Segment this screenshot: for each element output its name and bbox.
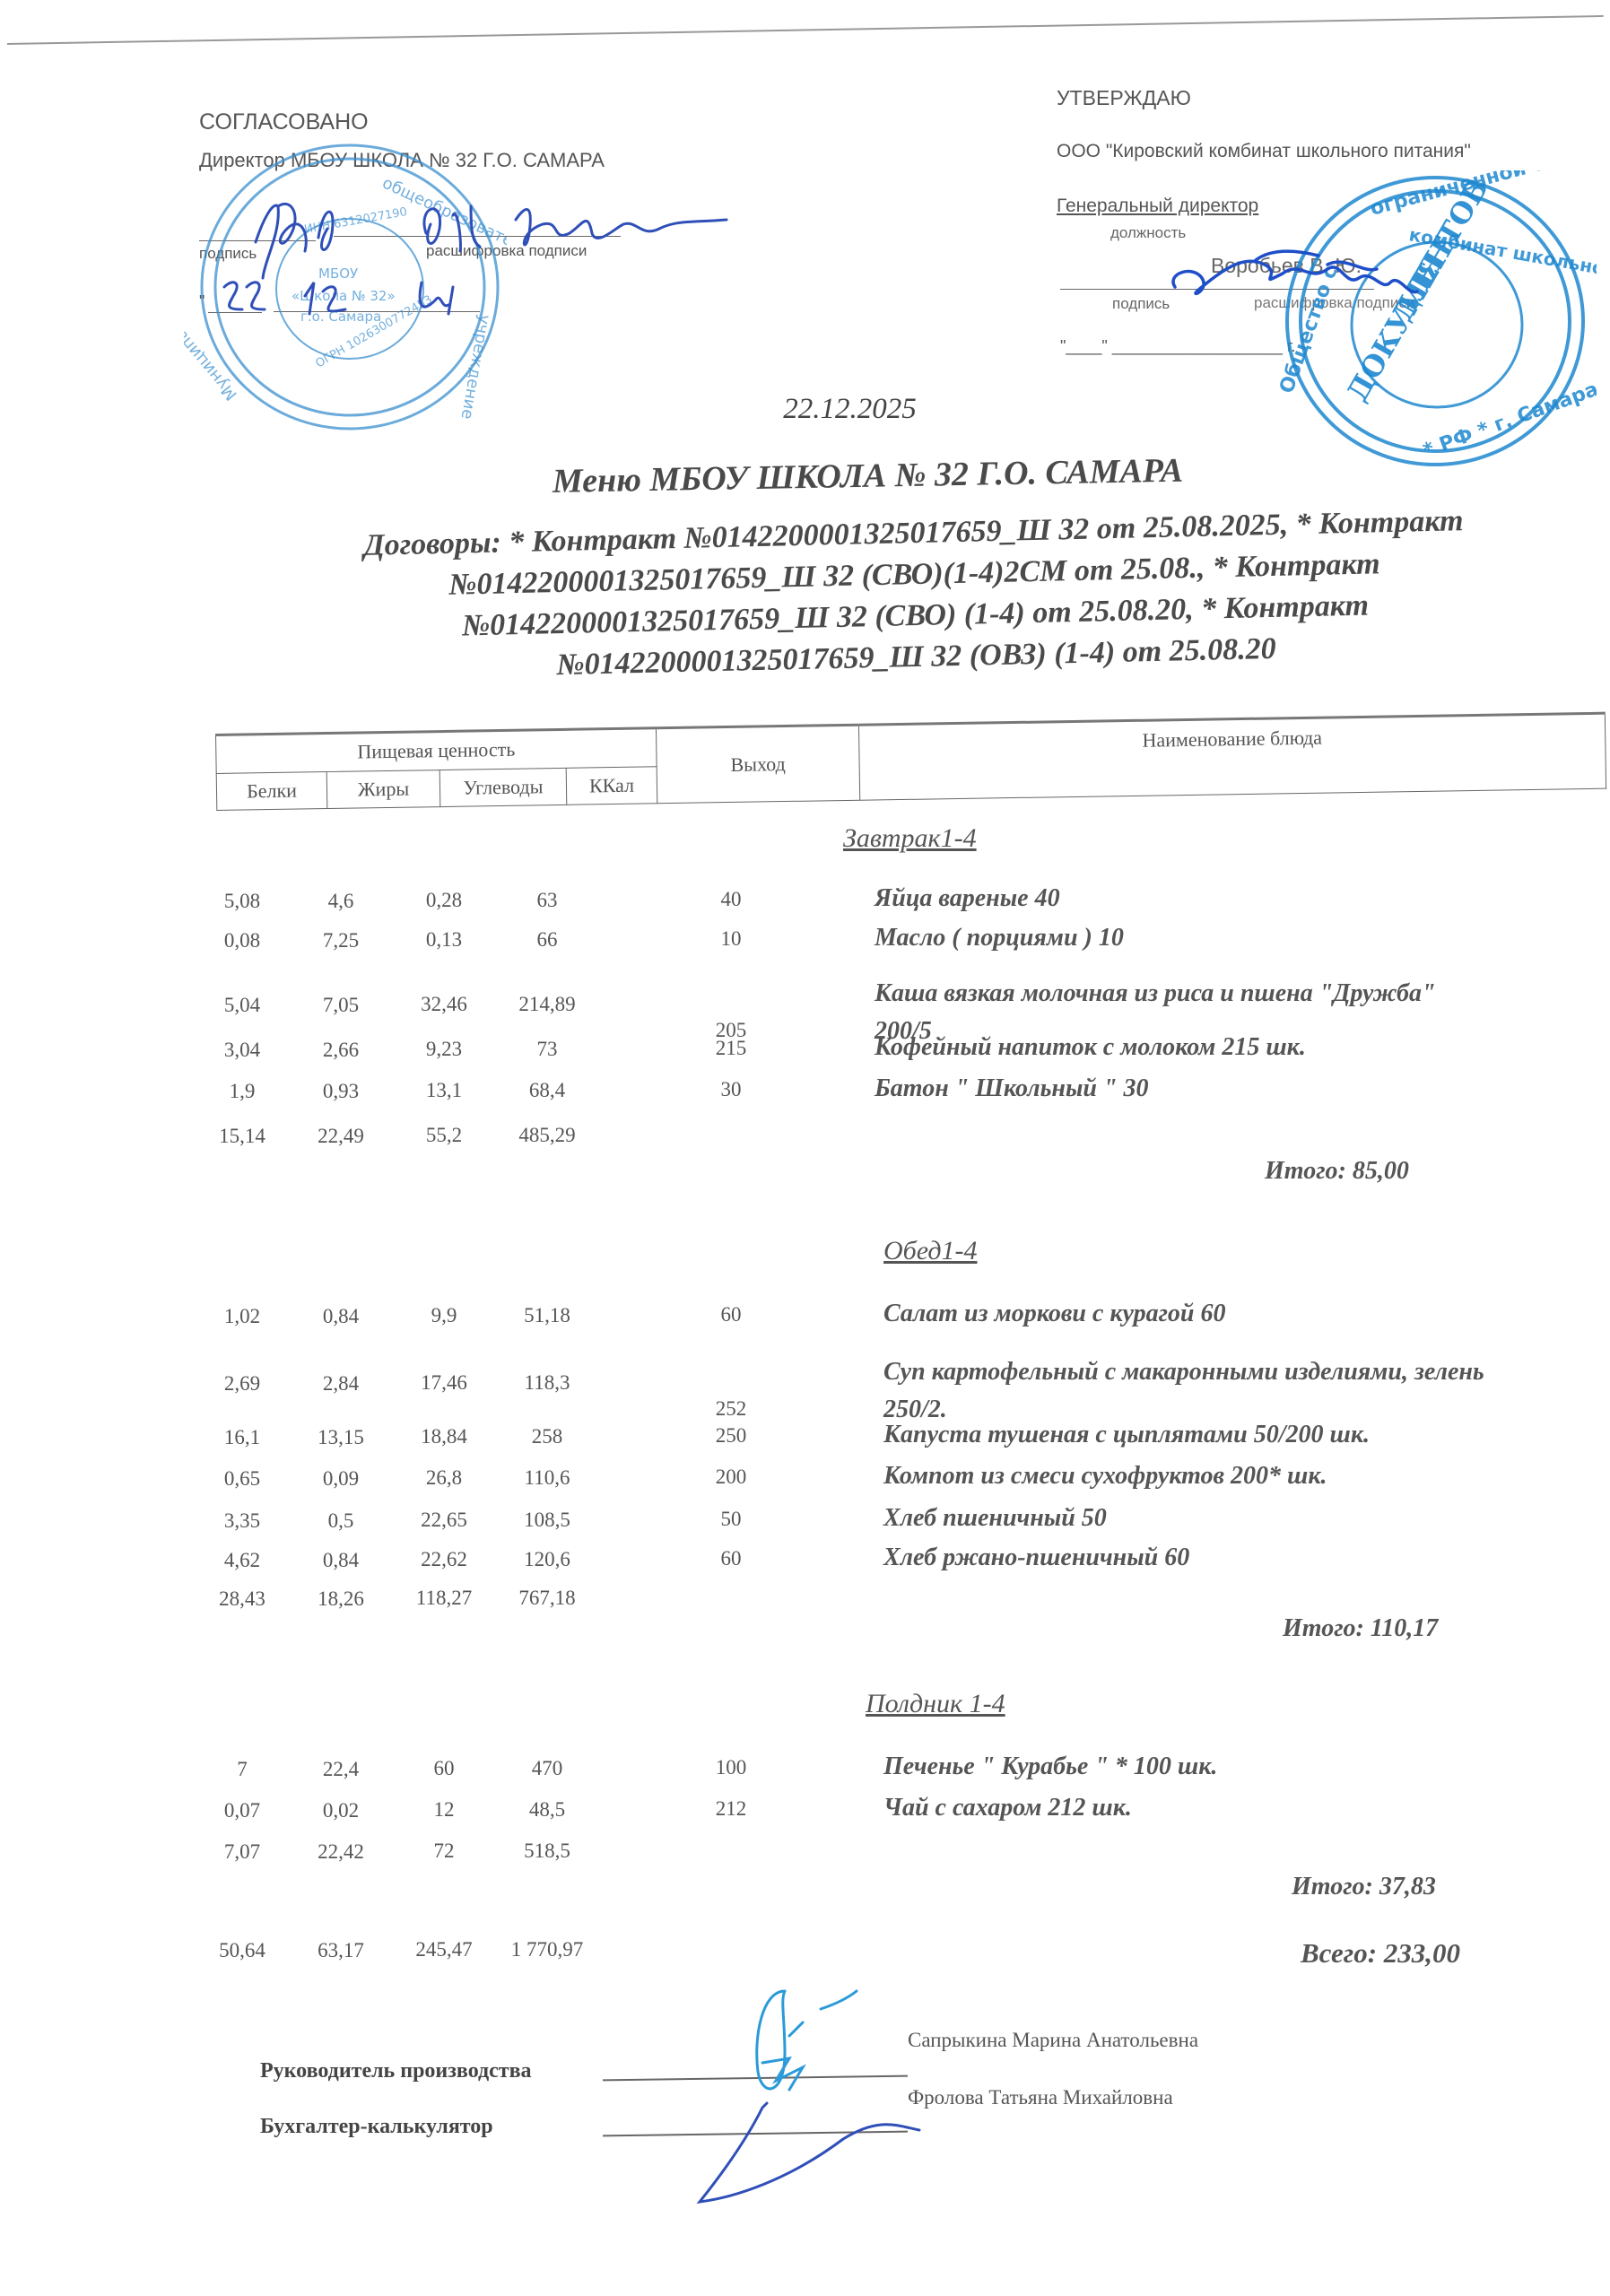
carbs-cell: 18,84 bbox=[390, 1425, 498, 1448]
header-dish-name: Наименование блюда bbox=[858, 713, 1606, 800]
yield-cell: 250 bbox=[677, 1424, 785, 1448]
proteins-cell: 0,08 bbox=[188, 929, 296, 952]
kcal-cell: 120,6 bbox=[493, 1548, 601, 1571]
dish-name: Суп картофельный с макаронными изделиями… bbox=[883, 1358, 1484, 1387]
kcal-cell: 214,89 bbox=[493, 993, 601, 1016]
section-title: Обед1-4 bbox=[883, 1236, 978, 1266]
subtotal-cell: 22,49 bbox=[287, 1125, 395, 1148]
yield-cell: 40 bbox=[677, 888, 785, 911]
agreed-title: СОГЛАСОВАНО bbox=[199, 109, 369, 135]
fats-cell: 0,93 bbox=[287, 1080, 395, 1103]
production-head-signature-icon bbox=[735, 1982, 933, 2108]
yield-cell: 100 bbox=[677, 1756, 785, 1779]
dish-name: Хлеб пшеничный 50 bbox=[883, 1504, 1107, 1533]
dish-name: Капуста тушеная с цыплятами 50/200 шк. bbox=[883, 1421, 1370, 1449]
subtotal-cell: 7,07 bbox=[188, 1840, 296, 1864]
carbs-cell: 0,28 bbox=[390, 889, 498, 912]
fats-cell: 13,15 bbox=[287, 1426, 395, 1449]
proteins-cell: 5,08 bbox=[188, 890, 296, 913]
kcal-cell: 51,18 bbox=[493, 1304, 601, 1327]
contracts-block: Договоры: * Контракт №014220000132501765… bbox=[267, 499, 1562, 693]
grand-total-cell: 1 770,97 bbox=[493, 1938, 601, 1961]
header-yield: Выход bbox=[656, 725, 859, 804]
signature-name: Сапрыкина Марина Анатольевна bbox=[908, 2029, 1198, 2052]
dish-name: Батон " Школьный " 30 bbox=[875, 1074, 1149, 1103]
approved-date-field: "____" ___________________ г. bbox=[1060, 337, 1295, 356]
fats-cell: 0,09 bbox=[287, 1467, 395, 1491]
subtotal-cell: 55,2 bbox=[390, 1124, 498, 1147]
section-total: Итого: 37,83 bbox=[1292, 1873, 1436, 1901]
carbs-cell: 9,9 bbox=[390, 1304, 498, 1327]
header-nutrition: Пищевая ценность bbox=[216, 728, 657, 773]
section-total: Итого: 85,00 bbox=[1265, 1157, 1409, 1186]
proteins-cell: 5,04 bbox=[188, 994, 296, 1017]
fats-cell: 0,84 bbox=[287, 1305, 395, 1328]
proteins-cell: 7 bbox=[188, 1758, 296, 1781]
approved-sign-label: подпись bbox=[1112, 295, 1170, 313]
proteins-cell: 0,07 bbox=[188, 1799, 296, 1822]
kcal-cell: 118,3 bbox=[493, 1371, 601, 1395]
proteins-cell: 16,1 bbox=[188, 1426, 296, 1449]
dish-name: Кофейный напиток с молоком 215 шк. bbox=[875, 1033, 1306, 1062]
accountant-signature-icon bbox=[664, 2099, 951, 2206]
header-carbs: Углеводы bbox=[439, 768, 567, 806]
document-title: Меню МБОУ ШКОЛА № 32 Г.О. САМАРА bbox=[0, 443, 1610, 510]
kcal-cell: 110,6 bbox=[493, 1466, 601, 1490]
section-title: Завтрак1-4 bbox=[843, 823, 977, 854]
kcal-cell: 68,4 bbox=[493, 1079, 601, 1102]
yield-cell: 60 bbox=[677, 1303, 785, 1326]
kcal-cell: 108,5 bbox=[493, 1509, 601, 1532]
carbs-cell: 22,62 bbox=[390, 1548, 498, 1571]
proteins-cell: 3,35 bbox=[188, 1509, 296, 1533]
dish-name: Хлеб ржано-пшеничный 60 bbox=[883, 1544, 1189, 1572]
grand-total-label: Всего: 233,00 bbox=[1301, 1937, 1460, 1970]
carbs-cell: 17,46 bbox=[390, 1371, 498, 1395]
carbs-cell: 9,23 bbox=[390, 1038, 498, 1061]
subtotal-cell: 15,14 bbox=[188, 1125, 296, 1148]
agreed-date-quote: " bbox=[199, 292, 205, 311]
company-stamp-icon: ограниченной ответственностью комбинат ш… bbox=[1274, 170, 1597, 475]
subtotal-cell: 767,18 bbox=[493, 1587, 601, 1610]
section-total: Итого: 110,17 bbox=[1283, 1614, 1438, 1643]
fats-cell: 0,5 bbox=[287, 1509, 395, 1533]
yield-cell: 212 bbox=[677, 1797, 785, 1821]
document-date: 22.12.2025 bbox=[0, 393, 1610, 426]
fats-cell: 0,84 bbox=[287, 1549, 395, 1572]
carbs-cell: 13,1 bbox=[390, 1079, 498, 1102]
approved-title: УТВЕРЖДАЮ bbox=[1057, 86, 1191, 110]
dish-name: Каша вязкая молочная из риса и пшена "Др… bbox=[875, 979, 1436, 1008]
carbs-cell: 22,65 bbox=[390, 1509, 498, 1532]
header-fats: Жиры bbox=[326, 770, 440, 808]
subtotal-cell: 22,42 bbox=[287, 1840, 395, 1864]
fats-cell: 22,4 bbox=[287, 1758, 395, 1781]
kcal-cell: 66 bbox=[493, 928, 601, 952]
signature-role: Бухгалтер-калькулятор bbox=[260, 2115, 493, 2139]
subtotal-cell: 28,43 bbox=[188, 1587, 296, 1611]
subtotal-cell: 518,5 bbox=[493, 1839, 601, 1863]
dish-name: Компот из смеси сухофруктов 200* шк. bbox=[883, 1462, 1327, 1491]
dish-name: Чай с сахаром 212 шк. bbox=[883, 1794, 1132, 1822]
date-handwritten-icon bbox=[206, 269, 475, 323]
subtotal-cell: 485,29 bbox=[493, 1124, 601, 1147]
proteins-cell: 0,65 bbox=[188, 1467, 296, 1491]
header-kcal: ККал bbox=[566, 767, 657, 805]
fats-cell: 7,25 bbox=[287, 929, 395, 952]
gendirector-signature-icon bbox=[1166, 238, 1435, 318]
carbs-cell: 0,13 bbox=[390, 928, 498, 952]
dish-name: Печенье " Курабье " * 100 шк. bbox=[883, 1752, 1217, 1781]
approved-organization: ООО "Кировский комбинат школьного питани… bbox=[1057, 141, 1471, 162]
carbs-cell: 60 bbox=[390, 1757, 498, 1780]
fats-cell: 7,05 bbox=[287, 994, 395, 1017]
yield-cell: 215 bbox=[677, 1037, 785, 1060]
proteins-cell: 1,9 bbox=[188, 1080, 296, 1103]
dish-name: Яйца вареные 40 bbox=[875, 884, 1060, 913]
header-proteins: Белки bbox=[216, 771, 327, 810]
yield-cell: 252 bbox=[677, 1397, 785, 1421]
yield-cell: 200 bbox=[677, 1465, 785, 1489]
menu-table-header: Пищевая ценность Выход Наименование блюд… bbox=[215, 712, 1606, 811]
yield-cell: 30 bbox=[677, 1078, 785, 1101]
kcal-cell: 73 bbox=[493, 1038, 601, 1061]
carbs-cell: 32,46 bbox=[390, 993, 498, 1016]
kcal-cell: 63 bbox=[493, 889, 601, 912]
kcal-cell: 48,5 bbox=[493, 1798, 601, 1822]
subtotal-cell: 118,27 bbox=[390, 1587, 498, 1610]
yield-cell: 10 bbox=[677, 927, 785, 951]
scan-edge-line bbox=[7, 15, 1604, 45]
fats-cell: 4,6 bbox=[287, 890, 395, 913]
fats-cell: 2,66 bbox=[287, 1039, 395, 1062]
dish-name: Салат из моркови с курагой 60 bbox=[883, 1300, 1226, 1328]
section-title: Полдник 1-4 bbox=[866, 1689, 1005, 1719]
kcal-cell: 470 bbox=[493, 1757, 601, 1780]
subtotal-cell: 18,26 bbox=[287, 1587, 395, 1611]
fats-cell: 0,02 bbox=[287, 1799, 395, 1822]
yield-cell: 50 bbox=[677, 1508, 785, 1531]
kcal-cell: 258 bbox=[493, 1425, 601, 1448]
proteins-cell: 4,62 bbox=[188, 1549, 296, 1572]
grand-total-cell: 50,64 bbox=[188, 1939, 296, 1962]
proteins-cell: 1,02 bbox=[188, 1305, 296, 1328]
signature-role: Руководитель производства bbox=[260, 2059, 532, 2083]
grand-total-cell: 245,47 bbox=[390, 1938, 498, 1961]
proteins-cell: 2,69 bbox=[188, 1372, 296, 1396]
yield-cell: 60 bbox=[677, 1547, 785, 1570]
fats-cell: 2,84 bbox=[287, 1372, 395, 1396]
approved-position: Генеральный директор bbox=[1057, 196, 1258, 217]
grand-total-cell: 63,17 bbox=[287, 1939, 395, 1962]
carbs-cell: 12 bbox=[390, 1798, 498, 1822]
dish-name: Масло ( порциями ) 10 bbox=[875, 924, 1124, 952]
subtotal-cell: 72 bbox=[390, 1839, 498, 1863]
carbs-cell: 26,8 bbox=[390, 1466, 498, 1490]
proteins-cell: 3,04 bbox=[188, 1039, 296, 1062]
